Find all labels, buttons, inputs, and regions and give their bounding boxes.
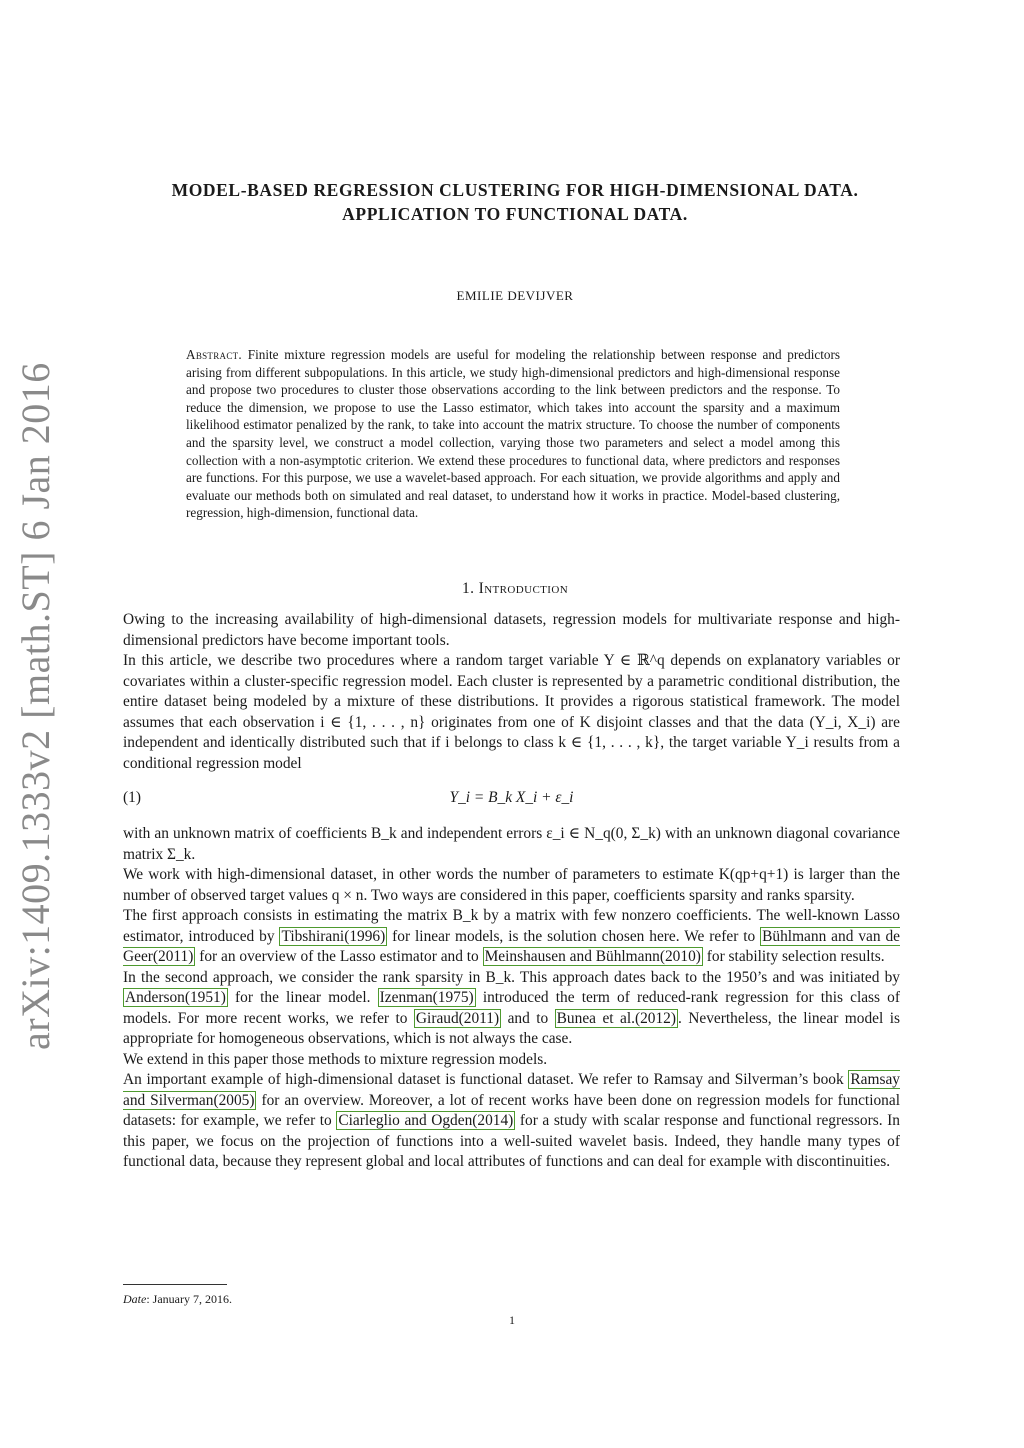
- equation-1: (1) Y_i = B_k X_i + ε_i: [123, 780, 900, 820]
- body-text: Owing to the increasing availability of …: [123, 610, 900, 1173]
- arxiv-stamp: arXiv:1409.1333v2 [math.ST] 6 Jan 2016: [6, 150, 66, 1050]
- section-number: 1.: [462, 580, 474, 597]
- page-number: 1: [0, 1313, 1024, 1328]
- text-run: for stability selection results.: [707, 948, 885, 965]
- citation-link[interactable]: Bunea et al.(2012): [555, 1009, 678, 1028]
- footnote-text: : January 7, 2016.: [146, 1292, 232, 1306]
- text-run: for linear models, is the solution chose…: [392, 928, 755, 945]
- text-run: An important example of high-dimensional…: [123, 1071, 844, 1088]
- text-run: and to: [508, 1010, 549, 1027]
- paragraph: with an unknown matrix of coefficients B…: [123, 824, 900, 865]
- text-run: In the second approach, we consider the …: [123, 969, 900, 986]
- citation-link[interactable]: Meinshausen and Bühlmann(2010): [483, 947, 703, 966]
- footnote-rule: [123, 1284, 227, 1285]
- text-run: for the linear model.: [235, 989, 371, 1006]
- footnote-label: Date: [123, 1292, 146, 1306]
- paragraph: In the second approach, we consider the …: [123, 968, 900, 1050]
- paragraph: An important example of high-dimensional…: [123, 1070, 900, 1173]
- abstract-text: Finite mixture regression models are use…: [186, 347, 840, 520]
- section-title: Introduction: [479, 580, 568, 597]
- citation-link[interactable]: Ciarleglio and Ogden(2014): [336, 1111, 515, 1130]
- paragraph: The first approach consists in estimatin…: [123, 906, 900, 968]
- equation-formula: Y_i = B_k X_i + ε_i: [123, 788, 900, 809]
- title-line-1: MODEL-BASED REGRESSION CLUSTERING FOR HI…: [120, 178, 910, 202]
- paragraph: We work with high-dimensional dataset, i…: [123, 865, 900, 906]
- paragraph: In this article, we describe two procedu…: [123, 651, 900, 774]
- abstract: Abstract. Finite mixture regression mode…: [186, 346, 840, 522]
- paragraph: We extend in this paper those methods to…: [123, 1050, 900, 1071]
- citation-link[interactable]: Anderson(1951): [123, 988, 228, 1007]
- title-line-2: APPLICATION TO FUNCTIONAL DATA.: [120, 202, 910, 226]
- text-run: for an overview of the Lasso estimator a…: [199, 948, 479, 965]
- citation-link[interactable]: Tibshirani(1996): [279, 927, 387, 946]
- paragraph: Owing to the increasing availability of …: [123, 610, 900, 651]
- citation-link[interactable]: Giraud(2011): [414, 1009, 501, 1028]
- abstract-label: Abstract.: [186, 347, 242, 362]
- paper-title: MODEL-BASED REGRESSION CLUSTERING FOR HI…: [120, 178, 910, 226]
- citation-link[interactable]: Izenman(1975): [378, 988, 476, 1007]
- author: EMILIE DEVIJVER: [120, 288, 910, 304]
- section-heading: 1. Introduction: [120, 580, 910, 598]
- footnote: Date: January 7, 2016.: [123, 1292, 232, 1307]
